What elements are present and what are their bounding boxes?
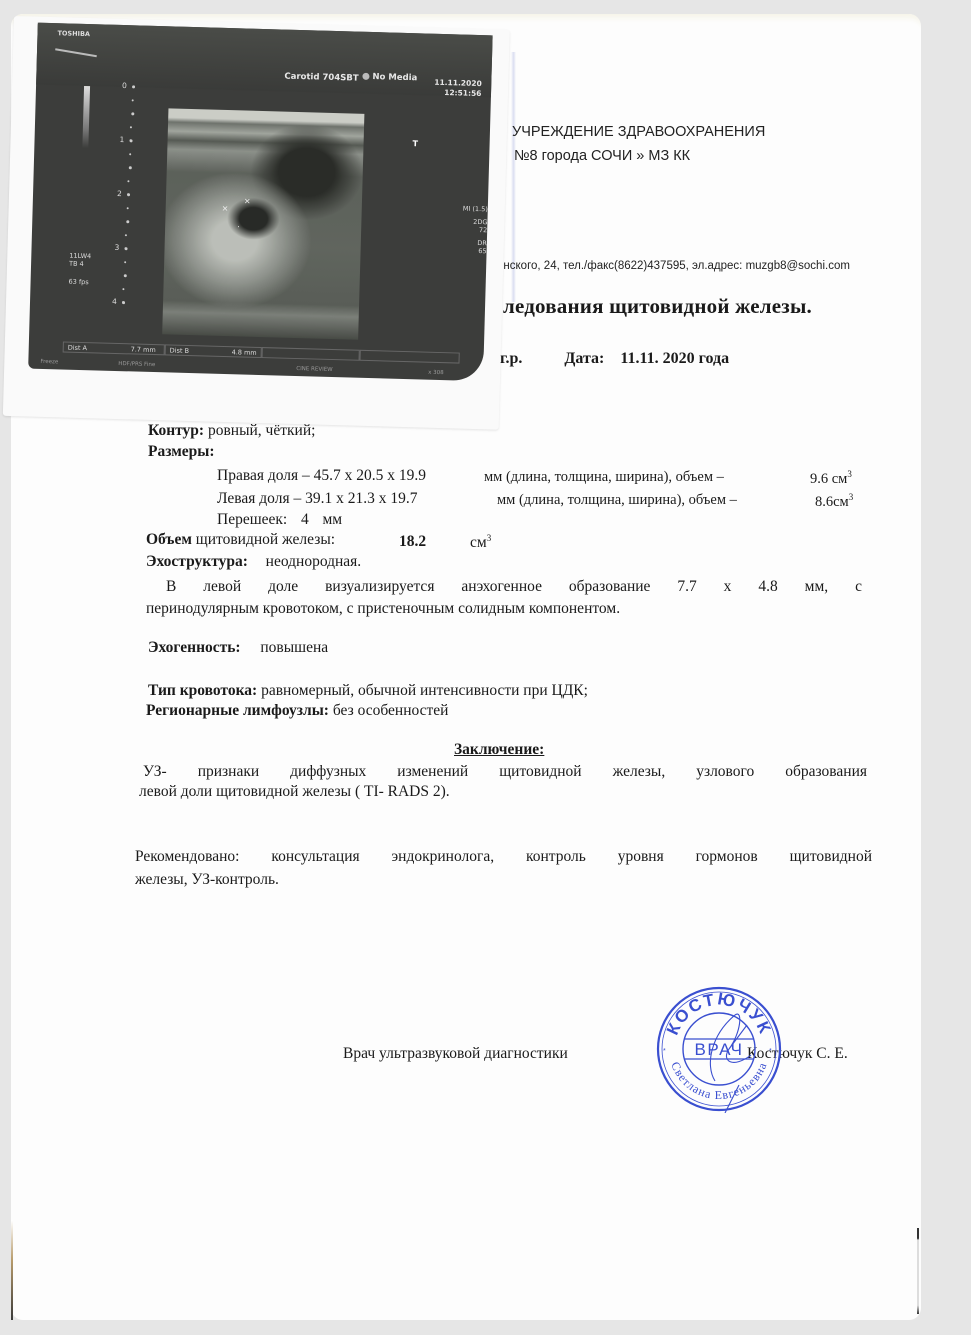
- frame-count: x 308: [428, 370, 444, 376]
- recommendation-line-2: железы, УЗ-контроль.: [135, 871, 279, 889]
- ultrasound-header-bar: [36, 23, 493, 98]
- bloodflow-label: Тип кровотока:: [148, 682, 257, 699]
- right-lobe-volume-value: 9.6 см: [810, 471, 847, 487]
- transducer-marker: T: [412, 139, 418, 148]
- depth-dot: [125, 247, 128, 250]
- depth-tick: 4: [112, 297, 117, 306]
- institution-line-2: №8 города СОЧИ » МЗ КК: [514, 148, 690, 164]
- left-lobe-row: Левая доля – 39.1 х 21.3 х 19.7: [217, 490, 417, 508]
- lymph-row: Регионарные лимфоузлы: без особенностей: [146, 702, 448, 720]
- birth-year-suffix: г.р.: [500, 350, 522, 367]
- caliper-marker-icon: ·: [237, 222, 240, 231]
- sizes-label: Размеры:: [148, 443, 215, 461]
- bloodflow-row: Тип кровотока: равномерный, обычной инте…: [148, 682, 588, 700]
- ultrasound-datetime: 11.11.2020 12:51:56: [434, 78, 482, 99]
- right-lobe-volume: 9.6 см3: [810, 469, 852, 488]
- echogenicity-label: Эхогенность:: [148, 639, 241, 656]
- left-lobe-units: мм (длина, толщина, ширина), объем –: [497, 492, 737, 509]
- caliper-marker-icon: ×: [222, 204, 229, 213]
- depth-dot: [129, 153, 131, 155]
- conclusion-heading: Заключение:: [454, 741, 544, 759]
- sizes-label-text: Размеры:: [148, 443, 215, 460]
- ultrasound-screen: TOSHIBA Carotid 704SBT No Media 11.11.20…: [28, 23, 492, 382]
- total-volume-row: Объем щитовидной железы:: [146, 531, 335, 549]
- depth-dot: [131, 112, 134, 115]
- doctor-stamp-icon: КОСТЮЧУК Светлана Евгеньевна ВРАЧ * *: [655, 985, 783, 1113]
- finding-line-1: В левой доле визуализируется анэхогенное…: [146, 578, 862, 596]
- institution-line-1: УЧРЕЖДЕНИЕ ЗДРАВООХРАНЕНИЯ: [512, 124, 765, 140]
- ultrasound-time: 12:51:56: [434, 88, 482, 99]
- echogenicity-value: повышена: [260, 639, 328, 656]
- contour-value: ровный, чёткий;: [208, 422, 315, 439]
- mi-value: MI (1.5): [463, 205, 488, 214]
- total-volume-value: 18.2: [399, 533, 426, 551]
- echostructure-row: Эхоструктура: неоднородная.: [146, 553, 361, 571]
- right-lobe-dimensions: 45.7 х 20.5 х 19.9: [314, 467, 426, 484]
- depth-dot: [123, 288, 125, 290]
- echostructure-label: Эхоструктура:: [146, 553, 248, 570]
- date-row: г.р. Дата: 11.11. 2020 года: [500, 350, 729, 368]
- depth-dot: [127, 193, 130, 196]
- isthmus-unit: мм: [322, 511, 342, 528]
- depth-scale: 01234: [110, 85, 146, 316]
- svg-text:Светлана Евгеньевна: Светлана Евгеньевна: [668, 1060, 769, 1102]
- depth-dot: [130, 126, 132, 128]
- frame-rate: 63 fps: [68, 278, 90, 287]
- isthmus-row: Перешеек: 4 мм: [217, 511, 342, 529]
- measurement-dist-b: Dist B 4.8 mm: [165, 344, 262, 358]
- depth-dot: [126, 220, 129, 223]
- total-volume-label: щитовидной железы:: [196, 531, 335, 548]
- freeze-label: Freeze: [40, 359, 58, 365]
- institution-address: инского, 24, тел./факс(8622)437595, эл.а…: [497, 260, 850, 272]
- date-value: 11.11. 2020 года: [620, 350, 729, 367]
- measurement-value: 4.8 mm: [232, 348, 257, 357]
- echostructure-value: неоднородная.: [266, 553, 362, 570]
- svg-text:*: *: [663, 1048, 666, 1055]
- probe-setting: TB 4: [69, 260, 91, 269]
- depth-dot: [122, 301, 125, 304]
- lymph-label: Регионарные лимфоузлы:: [146, 702, 329, 719]
- page-edge: [917, 1228, 919, 1314]
- depth-dot: [128, 180, 130, 182]
- document-title: ледования щитовидной железы.: [503, 294, 812, 319]
- ultrasound-date: 11.11.2020: [434, 78, 482, 89]
- superscript: 3: [849, 492, 854, 502]
- ultrasound-brand: TOSHIBA: [57, 29, 90, 38]
- left-lobe-volume-value: 8.6см: [815, 494, 849, 510]
- unit-text: см: [470, 534, 487, 551]
- left-lobe-label: Левая доля –: [217, 490, 301, 507]
- superscript: 3: [487, 533, 492, 543]
- cine-review-label: CINE REVIEW: [296, 366, 333, 373]
- right-lobe-units: мм (длина, толщина, ширина), объем –: [484, 469, 724, 486]
- ultrasound-image: × × ·: [162, 108, 364, 339]
- echogenicity-row: Эхогенность: повышена: [148, 639, 328, 657]
- left-lobe-volume: 8.6см3: [815, 492, 853, 511]
- page-edge: [11, 1220, 13, 1320]
- conclusion-line-2: левой доли щитовидной железы ( TI- RADS …: [139, 783, 450, 801]
- lymph-value: без особенностей: [333, 702, 449, 719]
- depth-dot: [123, 274, 126, 277]
- grayscale-bar-icon: [82, 86, 90, 148]
- signature-role: Врач ультразвуковой диагностики: [343, 1045, 568, 1063]
- depth-dot: [125, 234, 127, 236]
- depth-tick: 0: [122, 81, 127, 90]
- measurement-label: Dist B: [170, 346, 189, 355]
- depth-dot: [126, 207, 128, 209]
- depth-dot: [130, 139, 133, 142]
- mode-label: HDF/PRS Fine: [118, 361, 155, 368]
- contour-label: Контур:: [148, 422, 204, 439]
- depth-dot: [131, 99, 133, 101]
- right-lobe-label: Правая доля –: [217, 467, 310, 484]
- measurement-empty: [360, 350, 460, 364]
- ultrasound-preset: Carotid 704SBT: [284, 72, 358, 84]
- bloodflow-value: равномерный, обычной интенсивности при Ц…: [261, 682, 588, 699]
- total-volume-label-bold: Объем: [146, 531, 192, 548]
- svg-text:*: *: [769, 1048, 772, 1055]
- depth-dot: [132, 85, 135, 88]
- measurement-dist-a: Dist A 7.7 mm: [63, 341, 165, 355]
- depth-tick: 1: [119, 135, 124, 144]
- ultrasound-printout: TOSHIBA Carotid 704SBT No Media 11.11.20…: [3, 16, 510, 430]
- depth-dot: [128, 166, 131, 169]
- depth-tick: 2: [117, 189, 122, 198]
- superscript: 3: [847, 469, 852, 479]
- depth-dot: [124, 261, 126, 263]
- svg-text:ВРАЧ: ВРАЧ: [695, 1040, 744, 1059]
- total-volume-unit: см3: [470, 533, 491, 552]
- finding-line-2: перинодулярным кровотоком, с пристеночны…: [146, 600, 620, 618]
- recommendation-line-1: Рекомендовано: консультация эндокринолог…: [135, 848, 872, 866]
- conclusion-line-1: УЗ- признаки диффузных изменений щитовид…: [143, 763, 867, 781]
- imaging-parameters: MI (1.5) 2DG 72 DR 65: [462, 205, 488, 256]
- isthmus-label: Перешеек:: [217, 511, 287, 528]
- media-status: No Media: [362, 72, 417, 84]
- dr-value: 65: [462, 247, 487, 256]
- measurement-empty: [262, 347, 360, 361]
- date-label: Дата:: [564, 350, 604, 367]
- measurement-value: 7.7 mm: [131, 345, 156, 354]
- right-lobe-row: Правая доля – 45.7 х 20.5 х 19.9: [217, 467, 426, 485]
- contour-field: Контур: ровный, чёткий;: [148, 422, 315, 440]
- probe-info: 11LW4 TB 4 63 fps: [68, 252, 91, 287]
- left-lobe-dimensions: 39.1 х 21.3 х 19.7: [305, 490, 417, 507]
- measurement-label: Dist A: [68, 344, 87, 353]
- caliper-marker-icon: ×: [244, 196, 251, 205]
- isthmus-value: 4: [301, 511, 309, 528]
- depth-tick: 3: [114, 243, 119, 252]
